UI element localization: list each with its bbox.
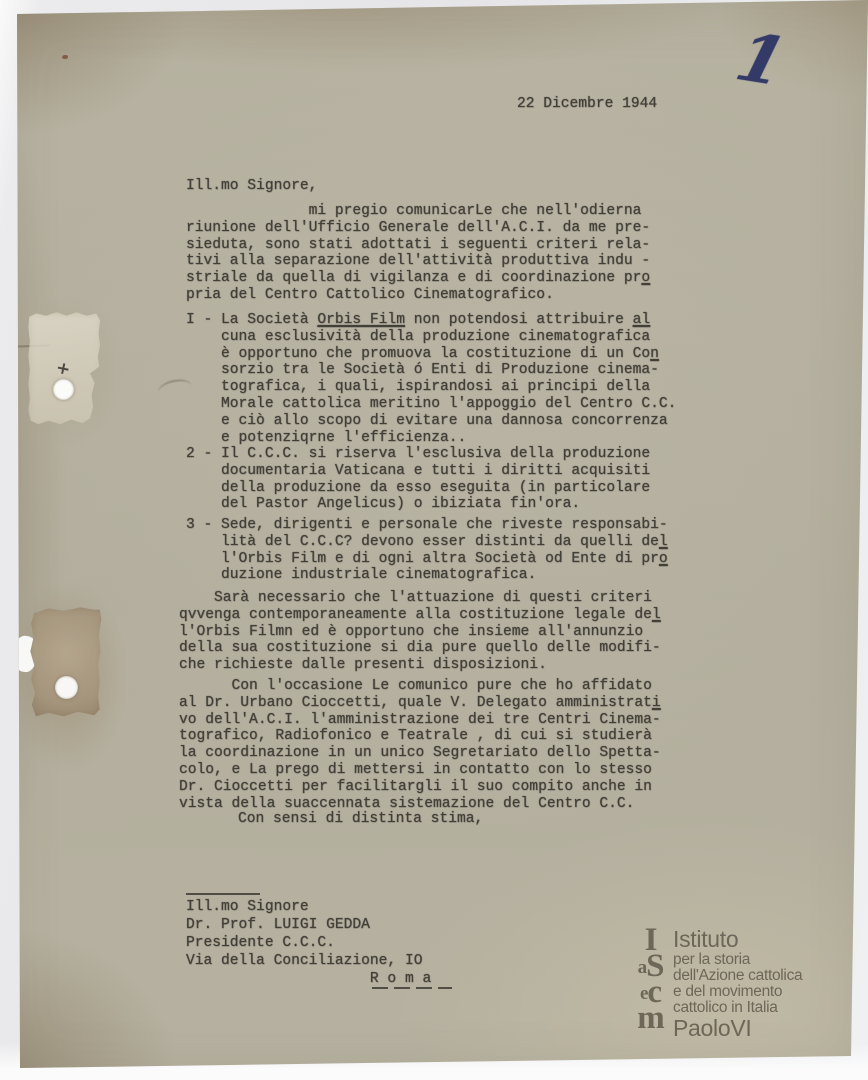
- ink-speck: [62, 55, 68, 59]
- paragraph-implementation: Sarà necessario che l'attuazione di ques…: [179, 590, 661, 674]
- tape-patch-bottom: [28, 605, 106, 721]
- watermark-letter-m: m: [637, 1005, 665, 1031]
- watermark-text: Istituto per la storia dell'Azione catto…: [673, 927, 802, 1041]
- watermark-acronym: I aS ec m: [632, 927, 670, 1041]
- scan-background: { "page_number": "1", "date": "22 Dicemb…: [0, 0, 868, 1080]
- date-line: 22 Dicembre 1944: [517, 96, 657, 113]
- watermark-subtitle: dell'Azione cattolica: [673, 968, 802, 984]
- punch-hole-bottom: [55, 676, 78, 699]
- watermark-subtitle: cattolico in Italia: [673, 1000, 802, 1016]
- paragraph-intro: mi pregio comunicarLe che nell'odierna r…: [186, 203, 650, 304]
- watermark-subtitle: e del movimento: [673, 984, 802, 1000]
- archive-watermark: I aS ec m Istituto per la storia dell'Az…: [632, 927, 802, 1041]
- recipient-block: Ill.mo Signore Dr. Prof. LUIGI GEDDA Pre…: [186, 898, 431, 988]
- recipient-overline: [186, 893, 260, 895]
- list-item-2: 2 - Il C.C.C. si riserva l'esclusiva del…: [186, 446, 650, 513]
- handwritten-page-number: 1: [724, 18, 818, 121]
- plus-mark: +: [54, 358, 72, 381]
- punch-hole-top: [53, 379, 74, 400]
- paper: 1 22 Dicembre 1944 Ill.mo Signore, mi pr…: [0, 0, 868, 1080]
- roma-underline: [372, 987, 452, 989]
- salutation: Ill.mo Signore,: [186, 178, 317, 195]
- tape-patch-top: +: [26, 311, 104, 429]
- paragraph-delegation: Con l'occasione Le comunico pure che ho …: [179, 678, 661, 812]
- watermark-title: Istituto: [673, 927, 802, 952]
- closing-line: Con sensi di distinta stima,: [238, 811, 483, 828]
- watermark-paolovi: PaoloVI: [673, 1016, 802, 1041]
- list-item-3: 3 - Sede, dirigenti e personale che rive…: [186, 517, 668, 584]
- watermark-subtitle: per la storia: [673, 952, 802, 968]
- list-item-1: I - La Società Orbis Film non potendosi …: [186, 312, 676, 446]
